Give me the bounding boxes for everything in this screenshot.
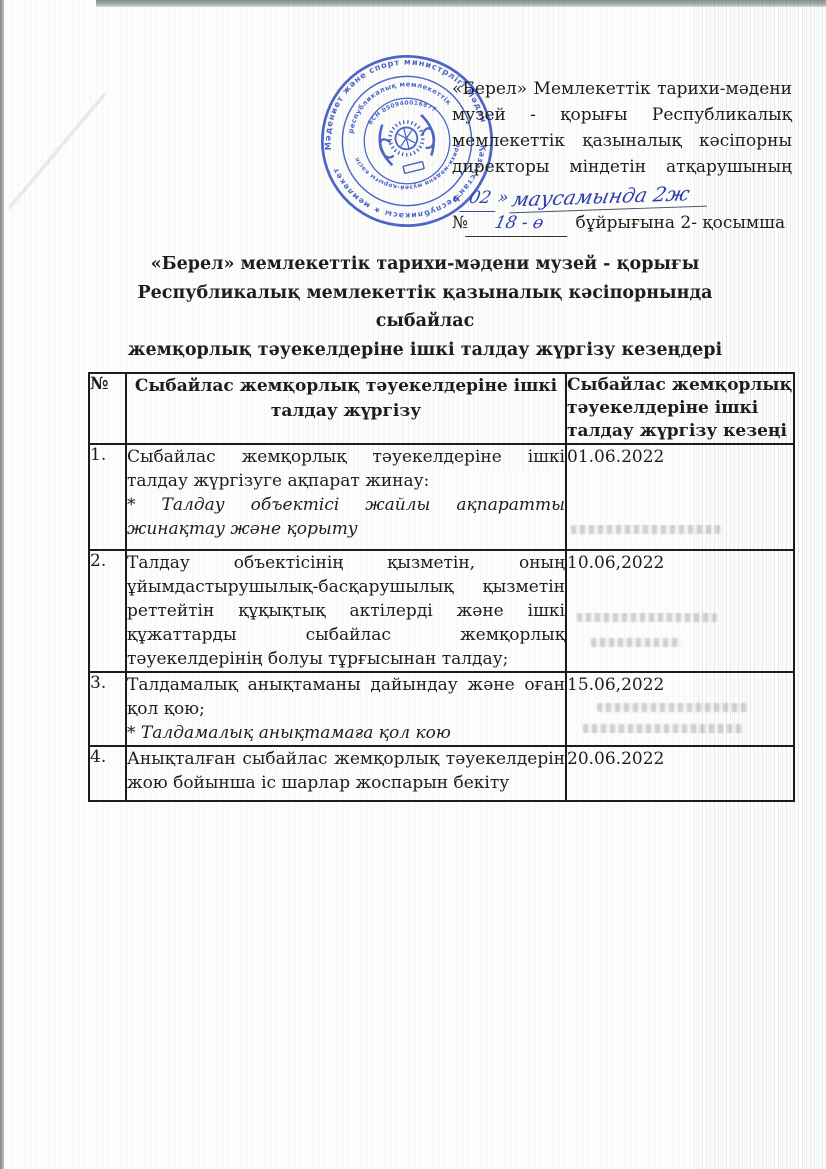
title-line: жемқорлық тәуекелдеріне ішкі талдау жүрг… <box>93 336 757 365</box>
header-cell-number: № <box>89 373 126 444</box>
title-line: «Берел» мемлекеттік тарихи-мәдени музей … <box>93 250 757 279</box>
header-line: мемлекеттік қазыналық кәсіпорны <box>452 128 792 154</box>
approval-header-block: «Берел» Мемлекеттік тарихи-мәдени музей … <box>452 76 792 237</box>
kazakhstan-emblem-icon <box>375 113 441 177</box>
order-line-text: бұйрығына 2- қосымша <box>576 213 786 233</box>
date-value: 01.06.2022 <box>567 447 664 467</box>
table-header-row: № Сыбайлас жемқорлық тәуекелдеріне ішкі … <box>89 373 794 444</box>
date-value: 15.06,2022 <box>567 675 664 695</box>
activity-note: * Талдау объектісі жайлы ақпаратты жинақ… <box>127 493 565 541</box>
handwritten-date-line: «02»маусамында 2ж <box>452 183 792 210</box>
activity-text: Анықталған сыбайлас жемқорлық тәуекелдер… <box>127 747 565 795</box>
handwritten-month: маусамында 2ж <box>509 180 712 214</box>
date-cell: 15.06,2022 <box>566 672 794 746</box>
activity-cell: Талдау объектісінің қызметін, оның ұйымд… <box>126 550 566 672</box>
table-row: 1. Сыбайлас жемқорлық тәуекелдеріне ішкі… <box>89 444 794 550</box>
order-number-line: №18 - ө бұйрығына 2- қосымша <box>452 210 792 237</box>
header-line: музей - қорығы Республикалық <box>452 102 792 128</box>
table-row: 3. Талдамалық анықтаманы дайындау және о… <box>89 672 794 746</box>
table-row: 2. Талдау объектісінің қызметін, оның ұй… <box>89 550 794 672</box>
bleed-through-artifact <box>583 724 743 733</box>
header-line: директоры міндетін атқарушының <box>452 154 792 180</box>
title-line: Республикалық мемлекеттік қазыналық кәсі… <box>93 279 757 336</box>
paper-fold-line <box>8 93 106 209</box>
row-number-cell: 4. <box>89 746 126 801</box>
handwritten-order-number: 18 - ө <box>465 210 573 237</box>
row-number-cell: 1. <box>89 444 126 550</box>
row-number-cell: 3. <box>89 672 126 746</box>
activity-text: Талдамалық анықтаманы дайындау және оған… <box>127 673 565 721</box>
activity-cell: Талдамалық анықтаманы дайындау және оған… <box>126 672 566 746</box>
date-value: 10.06,2022 <box>567 553 664 573</box>
header-line: «Берел» Мемлекеттік тарихи-мәдени <box>452 76 792 102</box>
bleed-through-artifact <box>591 638 681 647</box>
header-cell-period: Сыбайлас жемқорлық тәуекелдеріне ішкі та… <box>566 373 794 444</box>
bleed-through-artifact <box>577 613 717 622</box>
document-title: «Берел» мемлекеттік тарихи-мәдени музей … <box>93 250 757 364</box>
scan-edge-top <box>96 0 826 7</box>
row-number-cell: 2. <box>89 550 126 672</box>
activity-cell: Анықталған сыбайлас жемқорлық тәуекелдер… <box>126 746 566 801</box>
date-cell: 01.06.2022 <box>566 444 794 550</box>
bleed-through-artifact <box>571 525 721 534</box>
bleed-through-artifact <box>597 703 747 712</box>
scan-edge-left <box>0 0 4 1169</box>
table-row: 4. Анықталған сыбайлас жемқорлық тәуекел… <box>89 746 794 801</box>
analysis-stages-table: № Сыбайлас жемқорлық тәуекелдеріне ішкі … <box>88 372 795 802</box>
activity-cell: Сыбайлас жемқорлық тәуекелдеріне ішкі та… <box>126 444 566 550</box>
header-cell-activity: Сыбайлас жемқорлық тәуекелдеріне ішкі та… <box>126 373 566 444</box>
date-cell: 10.06,2022 <box>566 550 794 672</box>
date-cell: 20.06.2022 <box>566 746 794 801</box>
activity-text: Талдау объектісінің қызметін, оның ұйымд… <box>127 551 565 671</box>
activity-text: Сыбайлас жемқорлық тәуекелдеріне ішкі та… <box>127 445 565 493</box>
activity-note: * Талдамалық анықтамаға қол кою <box>127 721 565 745</box>
date-value: 20.06.2022 <box>567 749 664 769</box>
